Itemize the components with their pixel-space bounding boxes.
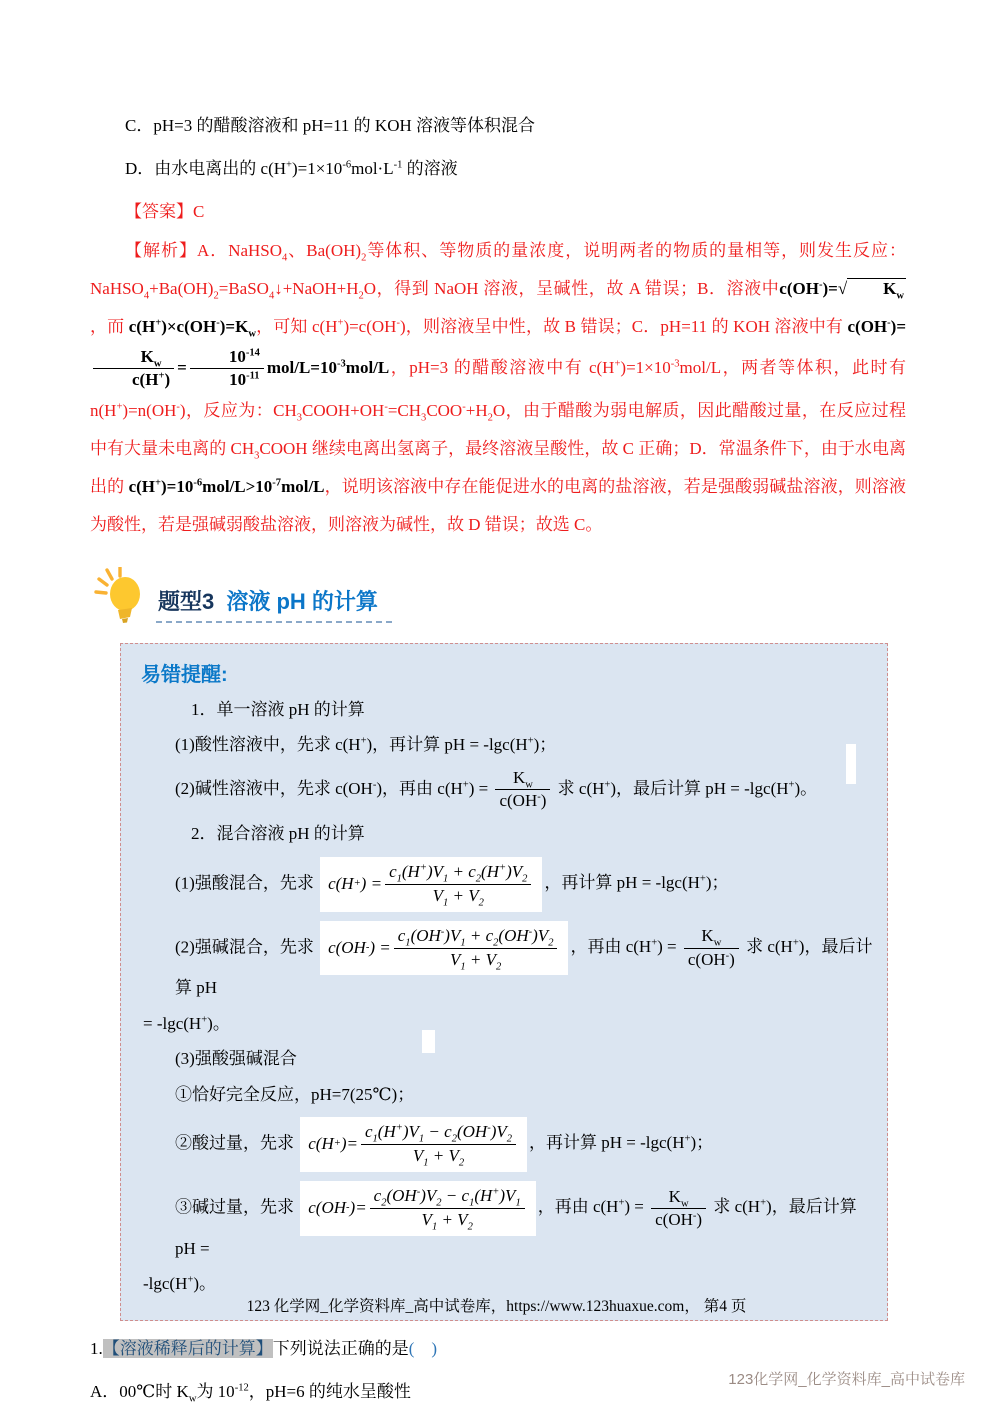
section-header: 题型3 溶液 pH 的计算 xyxy=(94,567,906,623)
option-c: C．pH=3 的醋酸溶液和 pH=11 的 KOH 溶液等体积混合 xyxy=(90,112,906,139)
section-title: 题型3 溶液 pH 的计算 xyxy=(156,585,392,623)
reminder-line: (3)强酸强碱混合 xyxy=(135,1046,873,1072)
reminder-title: 易错提醒: xyxy=(141,658,873,687)
reminder-line: (2)强碱混合，先求 c(OH-) = c1(OH-)V1 + c2(OH-)V… xyxy=(135,921,873,1002)
section-badge: 题型3 xyxy=(158,589,214,614)
reminder-line: (2)碱性溶液中，先求 c(OH-)，再由 c(H+) = Kwc(OH-) 求… xyxy=(135,767,873,812)
site-watermark: 123化学网_化学资料库_高中试卷库 xyxy=(728,1368,965,1389)
reminder-line: 1．单一溶液 pH 的计算 xyxy=(135,697,873,723)
reminder-line: ①恰好完全反应，pH=7(25℃)； xyxy=(135,1082,873,1108)
reminder-lines: 1．单一溶液 pH 的计算(1)酸性溶液中，先求 c(H+)，再计算 pH = … xyxy=(135,697,873,1298)
analysis-paragraph: 【解析】A．NaHSO4、Ba(OH)2等体积、等物质的量浓度，说明两者的物质的… xyxy=(90,232,906,545)
render-artifact xyxy=(422,1030,435,1053)
reminder-line: (1)酸性溶液中，先求 c(H+)，再计算 pH = -lgc(H+)； xyxy=(135,732,873,758)
page-footer: 123 化学网_化学资料库_高中试卷库，https://www.123huaxu… xyxy=(0,1294,993,1316)
answer-line: 【答案】C xyxy=(90,198,906,225)
render-artifact xyxy=(846,744,856,784)
question-1: 1.【溶液稀释后的计算】下列说法正确的是( ) xyxy=(90,1335,906,1364)
option-d: D．由水电离出的 c(H+)=1×10-6mol·L-1 的溶液 xyxy=(90,155,906,182)
document-page: C．pH=3 的醋酸溶液和 pH=11 的 KOH 溶液等体积混合 D．由水电离… xyxy=(0,0,993,1404)
reminder-line: (1)强酸混合，先求 c(H+) = c1(H+)V1 + c2(H+)V2V1… xyxy=(135,857,873,912)
lightbulb-icon xyxy=(94,567,146,623)
page-content: C．pH=3 的醋酸溶液和 pH=11 的 KOH 溶液等体积混合 D．由水电离… xyxy=(90,112,906,1404)
reminder-box: 易错提醒: 1．单一溶液 pH 的计算(1)酸性溶液中，先求 c(H+)，再计算… xyxy=(120,643,888,1322)
reminder-line: ③碱过量，先求 c(OH-)= c2(OH-)V2 − c1(H+)V1V1 +… xyxy=(135,1181,873,1262)
reminder-line: 2．混合溶液 pH 的计算 xyxy=(135,821,873,847)
section-name: 溶液 pH 的计算 xyxy=(226,589,378,614)
reminder-line: = -lgc(H+)。 xyxy=(135,1011,873,1037)
reminder-line: ②酸过量，先求 c(H+)= c1(H+)V1 − c2(OH-)V2V1 + … xyxy=(135,1117,873,1172)
